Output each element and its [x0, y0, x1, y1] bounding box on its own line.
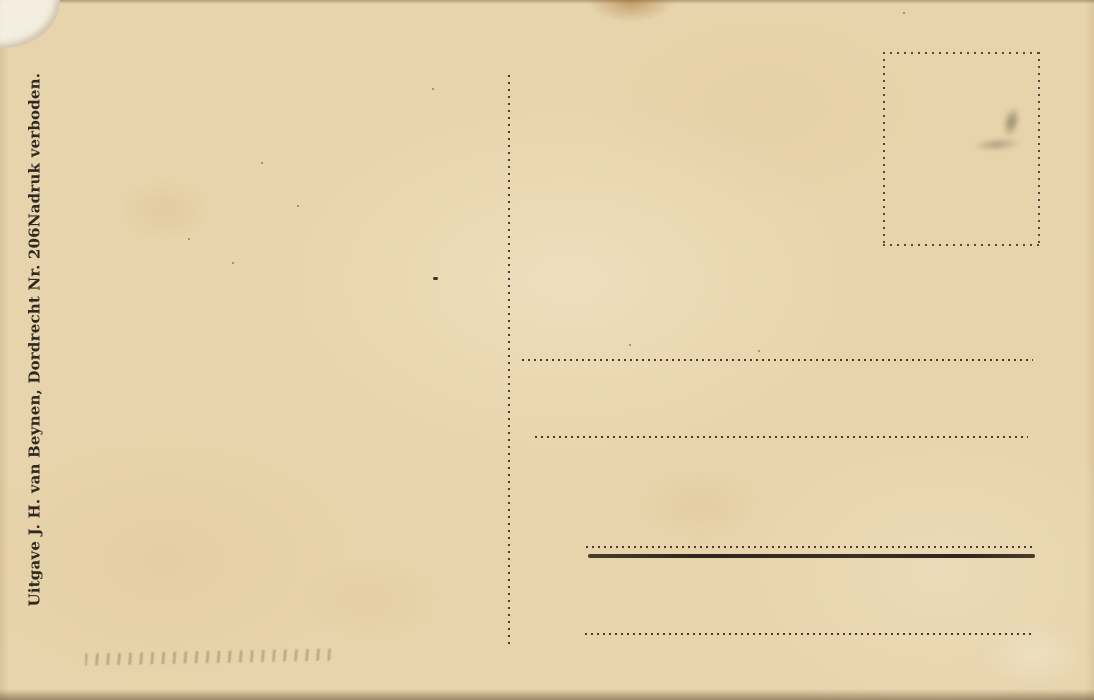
corner-wear-top-left [0, 0, 60, 48]
paper-speck [758, 350, 760, 352]
address-line-4 [585, 633, 1031, 635]
paper-mottle [120, 180, 210, 240]
paper-speck [433, 277, 438, 280]
paper-speck [903, 12, 905, 14]
paper-speck [261, 162, 263, 164]
paper-mottle [300, 560, 440, 640]
address-line-2 [535, 436, 1028, 438]
address-rule-solid [588, 554, 1035, 558]
stamp-box [883, 52, 1040, 246]
publisher-imprint: Uitgave J. H. van Beynen, Dordrecht Nr. … [25, 227, 43, 606]
paper-mottle [980, 620, 1090, 690]
paper-speck [432, 88, 434, 90]
pencil-scribble [85, 648, 337, 665]
divider-line [508, 75, 510, 646]
postcard-back: Uitgave J. H. van Beynen, Dordrecht Nr. … [0, 0, 1094, 700]
address-line-3 [586, 546, 1033, 548]
paper-speck [629, 344, 631, 346]
paper-speck [188, 238, 190, 240]
publisher-line: Uitgave J. H. van Beynen, Dordrecht Nr. … [24, 91, 45, 607]
paper-speck [297, 205, 299, 207]
paper-speck [232, 262, 234, 264]
paper-mottle [640, 470, 760, 540]
address-line-1 [522, 359, 1033, 361]
top-edge-stain [588, 0, 674, 22]
rights-notice: Nadruk verboden. [25, 73, 43, 227]
